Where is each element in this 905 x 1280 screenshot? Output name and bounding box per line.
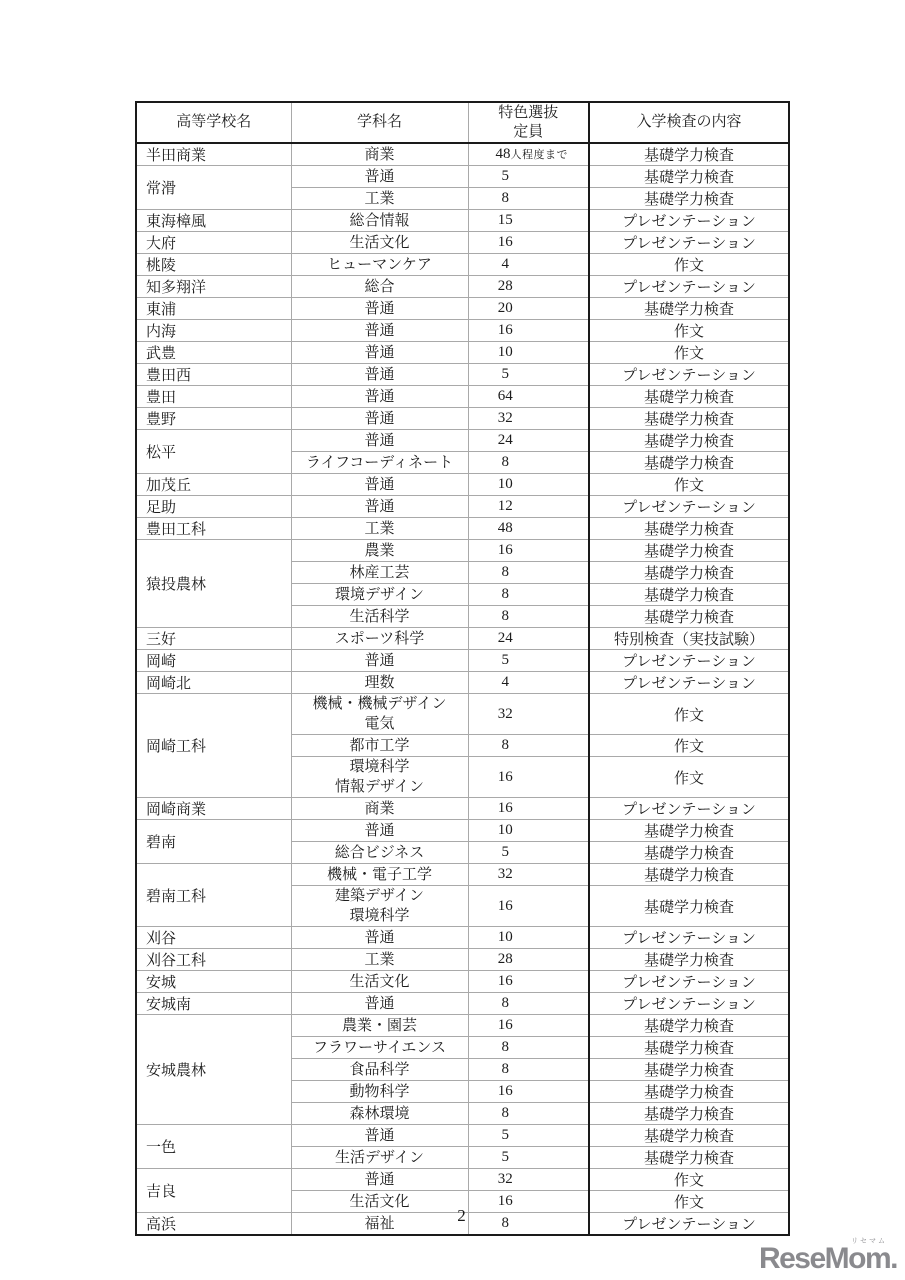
capacity-suffix: 人程度まで [511,149,569,161]
exam-content-cell: 作文 [589,342,789,364]
capacity-cell: 10 [468,820,589,842]
table-row: 内海普通16作文 [136,320,789,342]
department-cell: 生活文化 [291,232,468,254]
exam-content-cell: 基礎学力検査 [589,188,789,210]
table-row: 安城南普通8プレゼンテーション [136,993,789,1015]
department-cell: 総合ビジネス [291,842,468,864]
department-cell: 普通 [291,298,468,320]
table-row: 吉良普通32作文 [136,1169,789,1191]
capacity-cell: 8 [468,452,589,474]
school-name-cell: 東浦 [136,298,291,320]
exam-content-cell: 基礎学力検査 [589,1037,789,1059]
school-name-cell: 豊田西 [136,364,291,386]
department-cell: 普通 [291,650,468,672]
logo-wordmark: ReseMom. [759,1245,897,1273]
capacity-cell: 8 [468,1103,589,1125]
department-cell: 工業 [291,949,468,971]
table-row: 刈谷普通10プレゼンテーション [136,927,789,949]
school-name-cell: 岡崎北 [136,672,291,694]
exam-content-cell: 基礎学力検査 [589,430,789,452]
exam-content-cell: 基礎学力検査 [589,562,789,584]
capacity-cell: 24 [468,628,589,650]
table-row: 碧南普通10基礎学力検査 [136,820,789,842]
capacity-cell: 48人程度まで [468,143,589,166]
department-cell: 商業 [291,798,468,820]
header-school-name: 高等学校名 [136,102,291,143]
exam-content-cell: 基礎学力検査 [589,1125,789,1147]
school-name-cell: 安城南 [136,993,291,1015]
capacity-cell: 10 [468,342,589,364]
school-name-cell: 三好 [136,628,291,650]
capacity-cell: 28 [468,276,589,298]
department-cell: 動物科学 [291,1081,468,1103]
school-name-cell: 足助 [136,496,291,518]
table-row: 安城農林農業・園芸16基礎学力検査 [136,1015,789,1037]
page-number: 2 [135,1206,788,1226]
capacity-cell: 16 [468,971,589,993]
exam-content-cell: プレゼンテーション [589,210,789,232]
table-row: 豊田工科工業48基礎学力検査 [136,518,789,540]
school-name-cell: 桃陵 [136,254,291,276]
department-cell: 環境科学 情報デザイン [291,757,468,798]
exam-content-cell: 作文 [589,254,789,276]
header-department-name: 学科名 [291,102,468,143]
school-name-cell: 東海樟風 [136,210,291,232]
school-name-cell: 刈谷工科 [136,949,291,971]
exam-content-cell: 基礎学力検査 [589,408,789,430]
capacity-cell: 10 [468,927,589,949]
exam-content-cell: プレゼンテーション [589,650,789,672]
exam-content-cell: 基礎学力検査 [589,886,789,927]
department-cell: 都市工学 [291,735,468,757]
header-row: 高等学校名 学科名 特色選抜 定員 入学検査の内容 [136,102,789,143]
exam-content-cell: 基礎学力検査 [589,540,789,562]
capacity-cell: 16 [468,886,589,927]
capacity-cell: 8 [468,735,589,757]
school-name-cell: 碧南工科 [136,864,291,927]
department-cell: 普通 [291,342,468,364]
department-cell: スポーツ科学 [291,628,468,650]
exam-content-cell: 基礎学力検査 [589,452,789,474]
school-name-cell: 岡崎工科 [136,694,291,798]
table-row: 桃陵ヒューマンケア4作文 [136,254,789,276]
capacity-cell: 8 [468,993,589,1015]
capacity-cell: 24 [468,430,589,452]
school-name-cell: 内海 [136,320,291,342]
exam-content-cell: プレゼンテーション [589,927,789,949]
exam-content-cell: 基礎学力検査 [589,820,789,842]
exam-content-cell: 作文 [589,474,789,496]
department-cell: 普通 [291,496,468,518]
department-cell: 普通 [291,993,468,1015]
capacity-cell: 5 [468,1147,589,1169]
capacity-cell: 64 [468,386,589,408]
table-row: 東海樟風総合情報15プレゼンテーション [136,210,789,232]
exam-content-cell: 基礎学力検査 [589,1147,789,1169]
department-cell: 普通 [291,1125,468,1147]
school-name-cell: 豊田 [136,386,291,408]
exam-content-cell: 基礎学力検査 [589,166,789,188]
exam-content-cell: 基礎学力検査 [589,1015,789,1037]
capacity-cell: 16 [468,320,589,342]
capacity-cell: 4 [468,672,589,694]
department-cell: 林産工芸 [291,562,468,584]
table-row: 豊田西普通5プレゼンテーション [136,364,789,386]
school-name-cell: 安城 [136,971,291,993]
exam-content-cell: プレゼンテーション [589,496,789,518]
school-name-cell: 碧南 [136,820,291,864]
department-cell: 普通 [291,430,468,452]
capacity-cell: 8 [468,606,589,628]
capacity-cell: 4 [468,254,589,276]
department-cell: 工業 [291,188,468,210]
school-name-cell: 大府 [136,232,291,254]
table-row: 碧南工科機械・電子工学32基礎学力検査 [136,864,789,886]
capacity-cell: 16 [468,1015,589,1037]
table-header: 高等学校名 学科名 特色選抜 定員 入学検査の内容 [136,102,789,143]
table-row: 豊田普通64基礎学力検査 [136,386,789,408]
capacity-cell: 16 [468,757,589,798]
table-row: 半田商業商業48人程度まで基礎学力検査 [136,143,789,166]
exam-content-cell: プレゼンテーション [589,971,789,993]
department-cell: 森林環境 [291,1103,468,1125]
table-row: 岡崎普通5プレゼンテーション [136,650,789,672]
exam-content-cell: 作文 [589,1169,789,1191]
department-cell: 生活デザイン [291,1147,468,1169]
capacity-cell: 16 [468,540,589,562]
capacity-cell: 5 [468,842,589,864]
exam-content-cell: 基礎学力検査 [589,386,789,408]
capacity-cell: 8 [468,584,589,606]
exam-content-cell: 基礎学力検査 [589,606,789,628]
department-cell: 建築デザイン 環境科学 [291,886,468,927]
header-capacity: 特色選抜 定員 [468,102,589,143]
school-name-cell: 加茂丘 [136,474,291,496]
department-cell: 普通 [291,1169,468,1191]
department-cell: 総合 [291,276,468,298]
department-cell: 総合情報 [291,210,468,232]
capacity-cell: 20 [468,298,589,320]
capacity-cell: 8 [468,1037,589,1059]
exam-content-cell: プレゼンテーション [589,993,789,1015]
exam-content-cell: 基礎学力検査 [589,1103,789,1125]
school-name-cell: 安城農林 [136,1015,291,1125]
capacity-cell: 16 [468,1081,589,1103]
table-row: 知多翔洋総合28プレゼンテーション [136,276,789,298]
school-name-cell: 岡崎商業 [136,798,291,820]
table-row: 武豊普通10作文 [136,342,789,364]
table-row: 岡崎北理数4プレゼンテーション [136,672,789,694]
capacity-cell: 15 [468,210,589,232]
department-cell: 農業 [291,540,468,562]
department-cell: 工業 [291,518,468,540]
exam-content-cell: プレゼンテーション [589,364,789,386]
department-cell: 農業・園芸 [291,1015,468,1037]
table-row: 岡崎工科機械・機械デザイン 電気32作文 [136,694,789,735]
table-body: 半田商業商業48人程度まで基礎学力検査常滑普通5基礎学力検査工業8基礎学力検査東… [136,143,789,1235]
capacity-cell: 8 [468,188,589,210]
department-cell: 普通 [291,166,468,188]
exam-content-cell: 作文 [589,735,789,757]
capacity-cell: 8 [468,1059,589,1081]
capacity-cell: 32 [468,408,589,430]
capacity-cell: 32 [468,694,589,735]
capacity-cell: 32 [468,864,589,886]
school-name-cell: 豊田工科 [136,518,291,540]
table-row: 松平普通24基礎学力検査 [136,430,789,452]
department-cell: 食品科学 [291,1059,468,1081]
school-name-cell: 常滑 [136,166,291,210]
exam-content-cell: 基礎学力検査 [589,1081,789,1103]
department-cell: ライフコーディネート [291,452,468,474]
department-cell: フラワーサイエンス [291,1037,468,1059]
capacity-cell: 12 [468,496,589,518]
capacity-cell: 16 [468,798,589,820]
capacity-cell: 5 [468,364,589,386]
department-cell: 普通 [291,320,468,342]
table-row: 岡崎商業商業16プレゼンテーション [136,798,789,820]
table-row: 三好スポーツ科学24特別検査（実技試験） [136,628,789,650]
department-cell: 普通 [291,386,468,408]
department-cell: 理数 [291,672,468,694]
exam-content-cell: 基礎学力検査 [589,864,789,886]
capacity-cell: 5 [468,1125,589,1147]
table-row: 加茂丘普通10作文 [136,474,789,496]
capacity-cell: 5 [468,166,589,188]
exam-content-cell: 基礎学力検査 [589,298,789,320]
department-cell: 普通 [291,408,468,430]
table-row: 刈谷工科工業28基礎学力検査 [136,949,789,971]
exam-content-cell: プレゼンテーション [589,276,789,298]
exam-content-cell: 基礎学力検査 [589,949,789,971]
department-cell: 機械・機械デザイン 電気 [291,694,468,735]
capacity-cell: 10 [468,474,589,496]
exam-content-cell: 作文 [589,757,789,798]
exam-content-cell: 基礎学力検査 [589,518,789,540]
table-row: 大府生活文化16プレゼンテーション [136,232,789,254]
school-name-cell: 刈谷 [136,927,291,949]
table-row: 豊野普通32基礎学力検査 [136,408,789,430]
capacity-cell: 48 [468,518,589,540]
school-name-cell: 一色 [136,1125,291,1169]
exam-content-cell: プレゼンテーション [589,798,789,820]
exam-content-cell: 作文 [589,320,789,342]
department-cell: ヒューマンケア [291,254,468,276]
table-row: 一色普通5基礎学力検査 [136,1125,789,1147]
table-row: 安城生活文化16プレゼンテーション [136,971,789,993]
department-cell: 生活科学 [291,606,468,628]
department-cell: 機械・電子工学 [291,864,468,886]
department-cell: 普通 [291,927,468,949]
table-row: 常滑普通5基礎学力検査 [136,166,789,188]
department-cell: 商業 [291,143,468,166]
capacity-cell: 16 [468,232,589,254]
exam-content-cell: 基礎学力検査 [589,1059,789,1081]
table-row: 足助普通12プレゼンテーション [136,496,789,518]
capacity-cell: 28 [468,949,589,971]
header-exam-content: 入学検査の内容 [589,102,789,143]
department-cell: 生活文化 [291,971,468,993]
department-cell: 普通 [291,820,468,842]
capacity-number: 48 [496,146,511,162]
department-cell: 環境デザイン [291,584,468,606]
resemom-logo: リセマム ReseMom. [759,1238,897,1276]
capacity-cell: 5 [468,650,589,672]
department-cell: 普通 [291,474,468,496]
exam-content-cell: 基礎学力検査 [589,584,789,606]
exam-content-cell: 作文 [589,694,789,735]
exam-content-cell: プレゼンテーション [589,672,789,694]
capacity-cell: 8 [468,562,589,584]
school-name-cell: 知多翔洋 [136,276,291,298]
school-name-cell: 豊野 [136,408,291,430]
table-row: 猿投農林農業16基礎学力検査 [136,540,789,562]
exam-content-cell: 特別検査（実技試験） [589,628,789,650]
special-selection-table: 高等学校名 学科名 特色選抜 定員 入学検査の内容 半田商業商業48人程度まで基… [135,101,790,1236]
exam-content-cell: 基礎学力検査 [589,842,789,864]
school-name-cell: 岡崎 [136,650,291,672]
capacity-cell: 32 [468,1169,589,1191]
school-name-cell: 武豊 [136,342,291,364]
department-cell: 普通 [291,364,468,386]
school-name-cell: 松平 [136,430,291,474]
school-name-cell: 半田商業 [136,143,291,166]
exam-content-cell: 基礎学力検査 [589,143,789,166]
exam-content-cell: プレゼンテーション [589,232,789,254]
school-name-cell: 猿投農林 [136,540,291,628]
table-row: 東浦普通20基礎学力検査 [136,298,789,320]
